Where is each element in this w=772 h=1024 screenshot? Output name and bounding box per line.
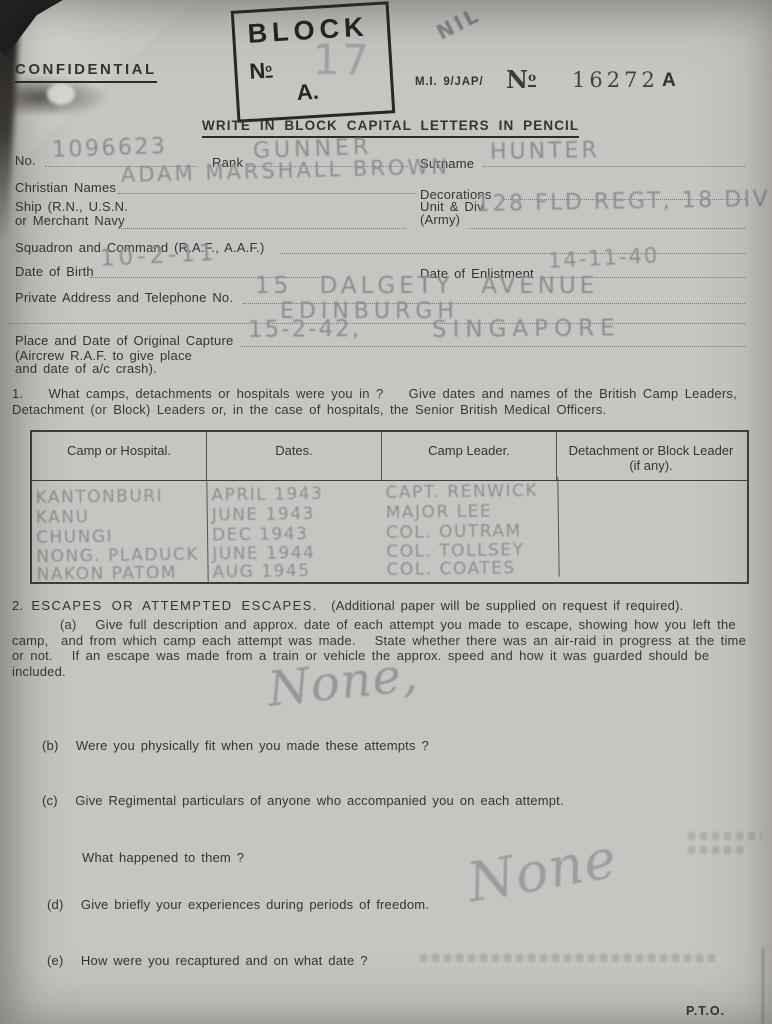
christian-names-label: Christian Names <box>15 180 116 195</box>
paper-spot-artifact <box>47 83 75 105</box>
ref-prefix: M.I. 9/JAP/ <box>415 76 483 88</box>
question2-item-c: (c) Give Regimental particulars of anyon… <box>42 793 564 808</box>
camps-table: Camp or Hospital. Dates. Camp Leader. De… <box>30 430 749 584</box>
ship-label-line1: Ship (R.N., U.S.N. <box>15 199 128 214</box>
capture-label-line1: Place and Date of Original Capture <box>15 333 233 348</box>
bleedthrough-artifact <box>688 832 762 840</box>
camps-table-header-row: Camp or Hospital. Dates. Camp Leader. De… <box>32 432 747 481</box>
pto-label: P.T.O. <box>686 1004 725 1018</box>
date-of-birth-value: 10-2-11 <box>99 240 218 272</box>
col-header-leader: Camp Leader. <box>382 432 557 480</box>
nil-handwritten-note: NIL <box>433 2 485 44</box>
ref-suffix: A <box>662 70 676 92</box>
stamp-number-handwritten: 17 <box>313 35 372 85</box>
date-of-birth-label: Date of Birth <box>15 264 94 279</box>
date-of-enlistment-value: 14-11-40 <box>547 243 659 273</box>
col-header-camp: Camp or Hospital. <box>32 432 207 480</box>
question2-item-c-followup: What happened to them ? <box>82 850 244 865</box>
bleedthrough-artifact <box>688 846 748 854</box>
service-no-label: No. <box>15 153 36 168</box>
stamp-letter: A. <box>296 79 320 106</box>
answer-d-handwritten: None <box>463 826 622 914</box>
paper-crease-artifact <box>762 948 764 1024</box>
confidential-label: CONFIDENTIAL <box>15 61 157 83</box>
christian-names-value: ADAM MARSHALL BROWN <box>121 154 450 187</box>
address-value-line1: 15 DALGETY AVENUE <box>255 273 598 299</box>
col-header-dates: Dates. <box>207 432 382 480</box>
pow-questionnaire-form: CONFIDENTIAL BLOCK No 17 A. NIL M.I. 9/J… <box>0 0 772 1024</box>
unit-div-value: 128 FLD REGT, 18 DIV <box>476 187 771 217</box>
address-label: Private Address and Telephone No. <box>15 290 233 305</box>
block-number-stamp: BLOCK No 17 A. <box>231 1 396 122</box>
question2-item-b: (b) Were you physically fit when you mad… <box>42 738 429 753</box>
bleedthrough-artifact <box>420 954 720 962</box>
ref-number: 16272 <box>572 68 659 92</box>
service-no-value: 1096623 <box>52 134 168 163</box>
ship-label-line2: or Merchant Navy <box>15 213 125 228</box>
question2-item-d: (d) Give briefly your experiences during… <box>47 897 429 912</box>
capture-value-place: SINGAPORE <box>432 315 621 343</box>
unit-div-label-line2: (Army) <box>420 212 460 227</box>
question1-text: 1. What camps, detachments or hospitals … <box>12 386 760 417</box>
ref-no-label: No <box>506 65 536 94</box>
capture-label-line3: and date of a/c crash). <box>15 361 157 376</box>
col-header-detachment: Detachment or Block Leader (if any). <box>557 432 745 480</box>
question2-item-e: (e) How were you recaptured and on what … <box>47 953 368 968</box>
question2-heading: 2. ESCAPES OR ATTEMPTED ESCAPES. (Additi… <box>12 598 683 613</box>
surname-value: HUNTER <box>490 138 600 165</box>
stamp-no-label: No <box>249 58 273 85</box>
camps-table-body: KANTONBURI APRIL 1943 CAPT. RENWICK KANU… <box>31 476 747 584</box>
capture-value-date: 15-2-42, <box>248 316 361 343</box>
instruction-banner: WRITE IN BLOCK CAPITAL LETTERS IN PENCIL <box>202 118 579 138</box>
